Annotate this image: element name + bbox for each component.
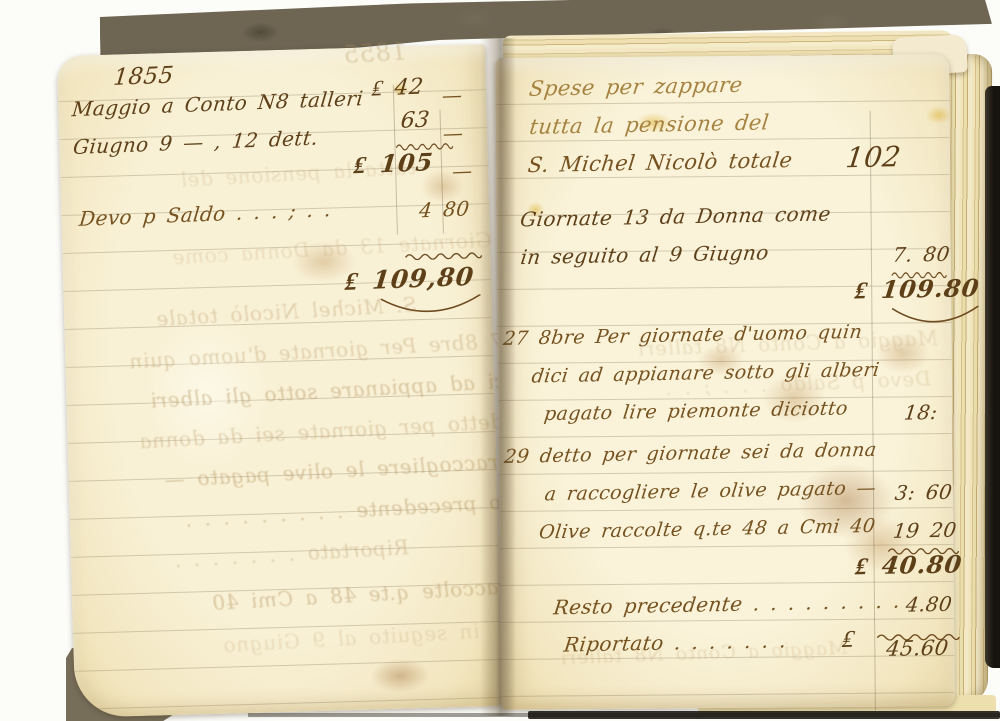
scan-bottom-shadow bbox=[528, 711, 1000, 719]
amount-value: 19 20 bbox=[892, 518, 958, 543]
amount-value: 4.80 bbox=[904, 592, 953, 617]
ledger-line-text: 27 8bre Per giornate d'uomo quin bbox=[502, 321, 864, 350]
amount-value: 3: 60 bbox=[893, 480, 953, 505]
ledger-line-text: Olive raccolte q.te 48 a Cmi 40 bbox=[538, 515, 877, 543]
ink-bleedthrough: in seguito al 9 Giugno bbox=[222, 619, 480, 657]
amount-value: 18: bbox=[903, 400, 939, 425]
ledger-line-text: Giornate 13 da Donna come bbox=[519, 201, 832, 231]
ledger-line-text: Giugno 9 — , 12 dett. bbox=[72, 126, 319, 159]
ink-bleedthrough: 27 8bre Per giornate d'uomo quin bbox=[128, 328, 517, 374]
ledger-line-text: tutta la pensione del bbox=[528, 110, 770, 139]
amount-value: 4 80 bbox=[418, 196, 471, 222]
ledger-line-text: Devo p Saldo . . . ; . . bbox=[78, 197, 333, 231]
cents-dash: — bbox=[441, 83, 464, 108]
ledger-line-text: a raccogliere le olive pagato — bbox=[543, 477, 877, 505]
amount-value: ₤ 42 bbox=[371, 74, 425, 102]
total-value: ₤ 109.80 bbox=[853, 273, 981, 305]
total-underline-flourish bbox=[889, 306, 981, 329]
amount-value: 102 bbox=[844, 140, 903, 174]
ledger-line-text: Maggio a Conto N8 talleri bbox=[71, 86, 365, 121]
currency-sign: ₤ bbox=[840, 625, 856, 654]
amount-value: 7. 80 bbox=[891, 242, 951, 267]
right-ledger-page: Maggio a Conto N8 talleri Devo p Saldo .… bbox=[495, 54, 955, 710]
sum-rule-squiggle bbox=[404, 250, 482, 260]
ink-smudge bbox=[370, 658, 431, 694]
ledger-line-text: Spese per zappare bbox=[528, 73, 744, 101]
ledger-line-text: Resto precedente . . . . . . . . . bbox=[552, 589, 902, 620]
ink-bleedthrough: a raccogliere le olive pagato — bbox=[164, 448, 523, 492]
paper-light-patch bbox=[142, 312, 272, 471]
ledger-line-text: S. Michel Nicolò totale bbox=[526, 148, 793, 177]
total-underline-flourish bbox=[378, 294, 485, 319]
scanned-ledger-spread: 1855 tutta la pensione del Giornate 13 d… bbox=[0, 0, 1000, 721]
total-value: 45.60 bbox=[885, 636, 950, 661]
amount-value: 63 bbox=[399, 108, 430, 134]
ink-bleedthrough: Riportato . . . . . . . bbox=[174, 535, 409, 572]
ledger-line-text: 29 detto per giornate sei da donna bbox=[503, 439, 878, 468]
ink-smudge bbox=[876, 332, 930, 374]
ink-bleedthrough: Resto precedente . . . . . . . . . bbox=[185, 487, 550, 531]
ledger-line-text: Riportato . . . . . . . bbox=[563, 628, 788, 656]
ink-bleedthrough: 29 detto per giornate sei da donna bbox=[139, 407, 543, 454]
year-heading: 1855 bbox=[112, 62, 175, 90]
ledger-line-text: in seguito al 9 Giugno bbox=[519, 240, 770, 269]
left-ledger-page: 1855 tutta la pensione del Giornate 13 d… bbox=[57, 44, 503, 718]
ledger-line-text: pagato lire piemonte diciotto bbox=[543, 397, 849, 425]
cents-dash: — bbox=[451, 158, 474, 183]
foxing-spot bbox=[926, 106, 952, 124]
subtotal-value: ₤ 105 bbox=[352, 147, 435, 180]
ledger-line-text: dici ad appianare sotto gli alberi bbox=[530, 359, 881, 388]
total-value: ₤ 109,80 bbox=[344, 262, 476, 297]
scan-dark-edge bbox=[985, 86, 1000, 668]
amount-column-rule bbox=[870, 111, 876, 711]
total-value: ₤ 40.80 bbox=[854, 549, 964, 581]
ink-bleedthrough: dici ad appianare sotto gli alberi bbox=[149, 368, 526, 413]
